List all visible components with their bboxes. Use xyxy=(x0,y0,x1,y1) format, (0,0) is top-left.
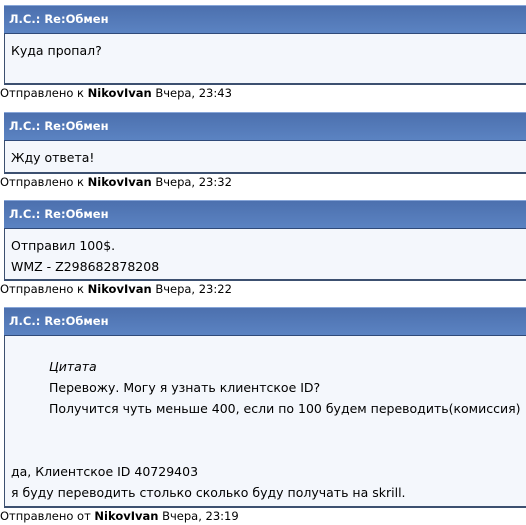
message-body: Куда пропал? xyxy=(4,34,526,85)
quote-text: Перевожу. Могу я узнать клиентское ID? xyxy=(49,377,526,398)
message-body: Жду ответа! xyxy=(4,141,526,174)
message-title[interactable]: Л.С.: Re:Обмен xyxy=(4,112,526,141)
message-title[interactable]: Л.С.: Re:Обмен xyxy=(4,5,526,34)
message-2: Л.С.: Re:Обмен Жду ответа! Отправлено к … xyxy=(4,112,526,190)
message-3: Л.С.: Re:Обмен Отправил 100$. WMZ - Z298… xyxy=(4,200,526,297)
footer-user-link[interactable]: NikovIvan xyxy=(88,175,152,189)
footer-time: Вчера, 23:43 xyxy=(155,86,232,100)
message-4: Л.С.: Re:Обмен Цитата Перевожу. Могу я у… xyxy=(4,307,526,524)
footer-prefix: Отправлено к xyxy=(0,282,84,296)
footer-user-link[interactable]: NikovIvan xyxy=(88,282,152,296)
quote-text: Получится чуть меньше 400, если по 100 б… xyxy=(49,398,526,419)
message-body: Цитата Перевожу. Могу я узнать клиентско… xyxy=(4,336,526,508)
message-text: Куда пропал? xyxy=(11,40,526,61)
footer-prefix: Отправлено к xyxy=(0,175,84,189)
message-text: Отправил 100$. xyxy=(11,235,526,256)
message-footer: Отправлено к NikovIvan Вчера, 23:43 xyxy=(0,85,526,101)
message-title[interactable]: Л.С.: Re:Обмен xyxy=(4,200,526,229)
footer-time: Вчера, 23:19 xyxy=(162,509,239,523)
footer-user-link[interactable]: NikovIvan xyxy=(94,509,158,523)
quote-block: Цитата Перевожу. Могу я узнать клиентско… xyxy=(11,342,526,419)
message-body: Отправил 100$. WMZ - Z298682878208 xyxy=(4,229,526,281)
quote-label: Цитата xyxy=(49,356,526,377)
message-title[interactable]: Л.С.: Re:Обмен xyxy=(4,307,526,336)
footer-time: Вчера, 23:32 xyxy=(155,175,232,189)
message-text: да, Клиентское ID 40729403 xyxy=(11,461,526,482)
message-text: WMZ - Z298682878208 xyxy=(11,256,526,277)
message-footer: Отправлено к NikovIvan Вчера, 23:22 xyxy=(0,281,526,297)
message-1: Л.С.: Re:Обмен Куда пропал? Отправлено к… xyxy=(4,5,526,101)
message-footer: Отправлено от NikovIvan Вчера, 23:19 xyxy=(0,508,526,524)
footer-time: Вчера, 23:22 xyxy=(155,282,232,296)
footer-prefix: Отправлено к xyxy=(0,86,84,100)
message-footer: Отправлено к NikovIvan Вчера, 23:32 xyxy=(0,174,526,190)
message-text: Жду ответа! xyxy=(11,147,526,168)
footer-prefix: Отправлено от xyxy=(0,509,91,523)
message-text: я буду переводить столько сколько буду п… xyxy=(11,482,526,503)
footer-user-link[interactable]: NikovIvan xyxy=(88,86,152,100)
